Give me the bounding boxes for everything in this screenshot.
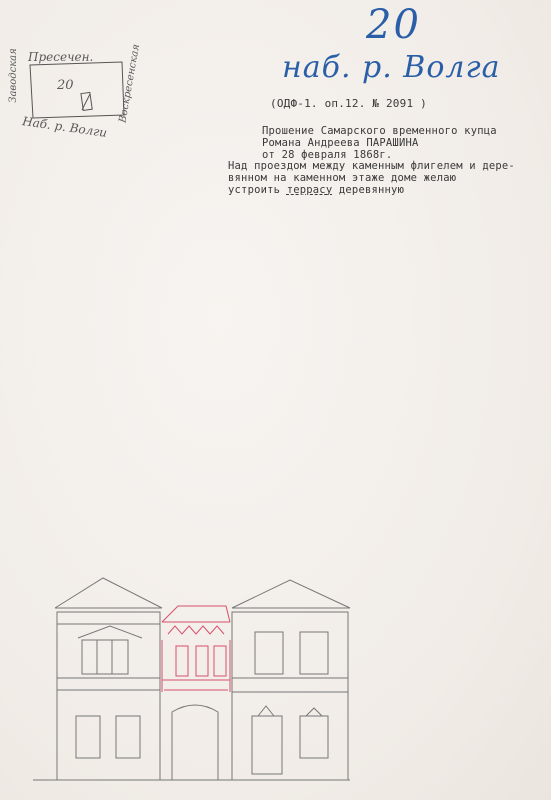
terrace-highlight — [162, 606, 230, 692]
plan-street-top: Пресечен. — [28, 50, 93, 64]
plan-lot-number: 20 — [57, 78, 74, 93]
plan-sketch — [30, 62, 124, 118]
drawings-layer — [0, 0, 551, 800]
plan-street-left: Заводская — [8, 48, 19, 103]
facade-elevation — [33, 578, 350, 780]
